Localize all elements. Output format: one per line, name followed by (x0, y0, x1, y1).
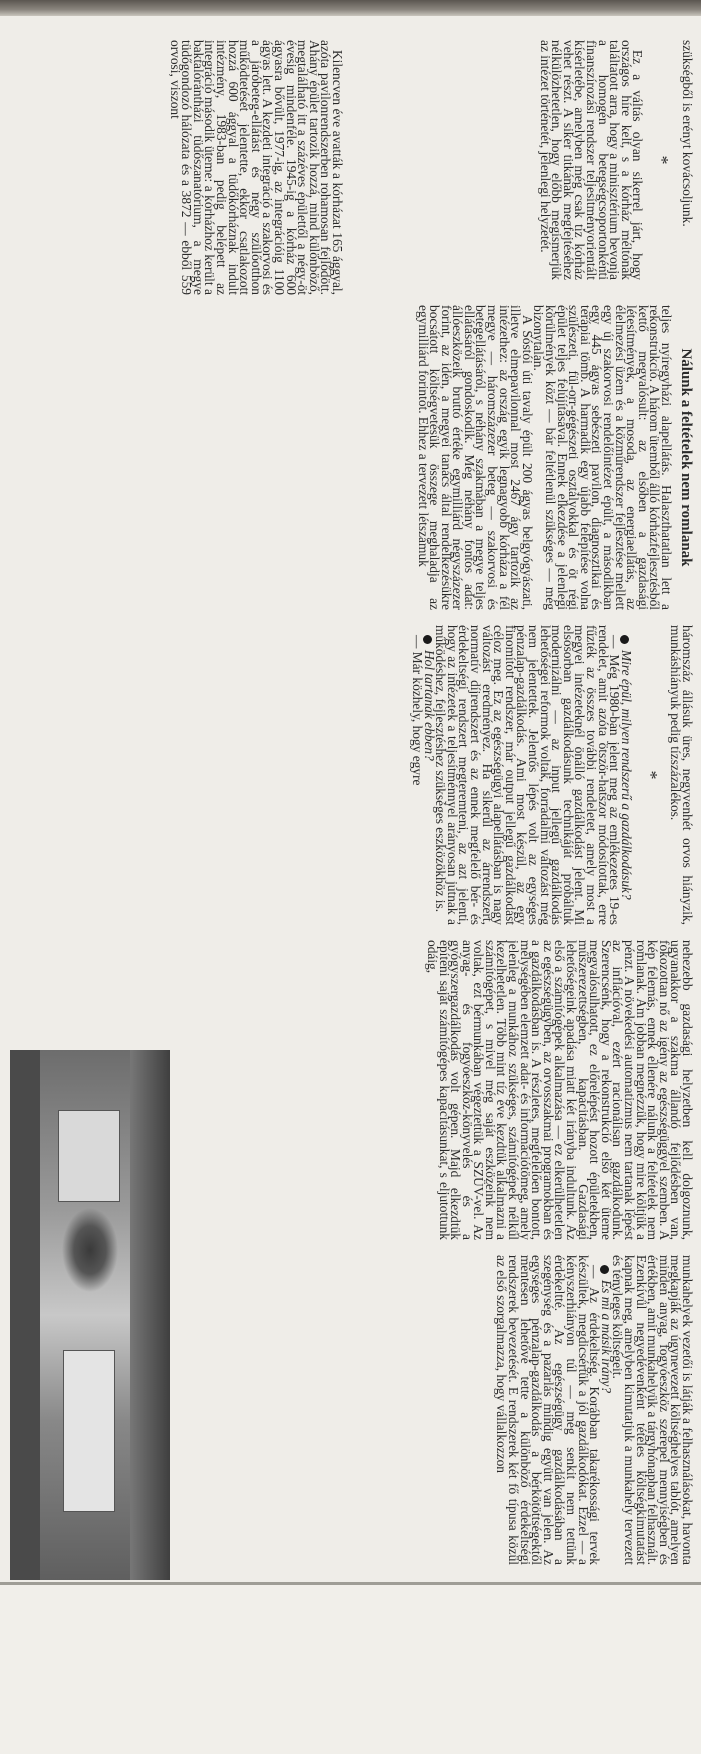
paragraph: szükségből is erényt kovácsoljunk. (681, 40, 693, 280)
photo-sky (130, 1050, 170, 1580)
newspaper-clipping: szükségből is erényt kovácsoljunk. * Ez … (0, 0, 701, 1754)
interview-answer: — Még 1980-ban jelent meg az emlékezetes… (435, 625, 621, 925)
article-column-4: nehezebb gazdasági helyzetben kell dolgo… (173, 940, 693, 1240)
section-separator: * (647, 40, 677, 280)
interview-answer: — Már közhely, hogy egyre (412, 625, 424, 925)
photo-building (58, 1110, 120, 1202)
article-column-3: háromszáz állásuk üres, negyvenhét orvos… (3, 625, 693, 925)
paragraph: Kilencven éve avatták a kórházat 165 ágg… (169, 40, 343, 295)
paragraph: A Sóstói úti tavaly épült 200 ágyas belg… (417, 305, 533, 610)
photo-ground (10, 1050, 40, 1580)
paragraph: háromszáz állásuk üres, negyvenhét orvos… (670, 625, 693, 925)
hospital-photo (10, 1050, 170, 1580)
article-column-5: munkahelyek vezetői is látják a felhaszn… (173, 1255, 693, 1565)
paragraph: nehezebb gazdasági helyzetben kell dolgo… (426, 940, 693, 1240)
article-column-1: szükségből is erényt kovácsoljunk. * Ez … (358, 40, 693, 280)
section-separator: * (636, 625, 666, 925)
scan-edge-shadow (0, 0, 701, 16)
photo-building (63, 1350, 115, 1512)
interview-answer: — Az érdekeltség. Korábban takarékossági… (496, 1255, 600, 1565)
paragraph: teljes nyíregyházi alapellátás. Halaszth… (533, 305, 672, 610)
article-column-2: Nálunk a feltételek nem romlanak teljes … (3, 305, 693, 610)
paragraph: Ez a váltás olyan sikerrel járt, hogy or… (539, 40, 643, 280)
paragraph: munkahelyek vezetői is látják a felhaszn… (612, 1255, 693, 1565)
article-column-1b: Kilencven éve avatták a kórházat 165 ágg… (3, 40, 343, 295)
blank-paper-margin (0, 1585, 701, 1754)
headline: Nálunk a feltételek nem romlanak (678, 305, 693, 610)
